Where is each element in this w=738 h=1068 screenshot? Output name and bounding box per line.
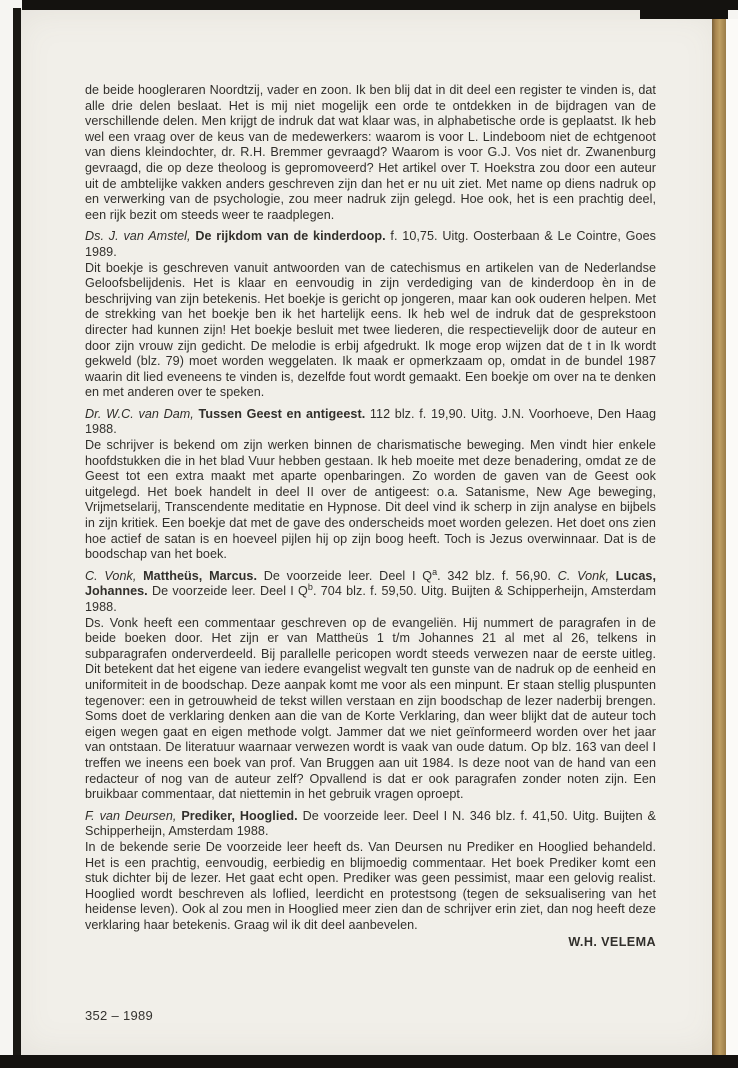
- book-spine-edge: [13, 8, 21, 1056]
- book-page-edge-strip: [712, 18, 726, 1056]
- reviews-list: Ds. J. van Amstel, De rijkdom van de kin…: [85, 229, 656, 933]
- scan-frame-top: [22, 0, 738, 10]
- intro-paragraph: de beide hoogleraren Noordtzij, vader en…: [85, 83, 656, 223]
- review-body: Dit boekje is geschreven vanuit antwoord…: [85, 261, 656, 401]
- scanned-journal-page: { "page": { "footer_left": "352 – 1989",…: [0, 0, 738, 1068]
- review-heading: C. Vonk, Mattheüs, Marcus. De voorzeide …: [85, 569, 656, 616]
- review-heading: Ds. J. van Amstel, De rijkdom van de kin…: [85, 229, 656, 260]
- review-body: De schrijver is bekend om zijn werken bi…: [85, 438, 656, 563]
- scan-frame-top-right: [640, 0, 728, 19]
- page-number-footer: 352 – 1989: [85, 1008, 153, 1023]
- scanner-background: [726, 19, 738, 1055]
- review-body: In de bekende serie De voorzeide leer he…: [85, 840, 656, 934]
- reviewer-signature: W.H. VELEMA: [85, 935, 656, 951]
- text-column: de beide hoogleraren Noordtzij, vader en…: [85, 83, 656, 951]
- scan-frame-bottom: [0, 1055, 738, 1068]
- review-body: Ds. Vonk heeft een commentaar geschreven…: [85, 616, 656, 803]
- review-heading: F. van Deursen, Prediker, Hooglied. De v…: [85, 809, 656, 840]
- review-heading: Dr. W.C. van Dam, Tussen Geest en antige…: [85, 407, 656, 438]
